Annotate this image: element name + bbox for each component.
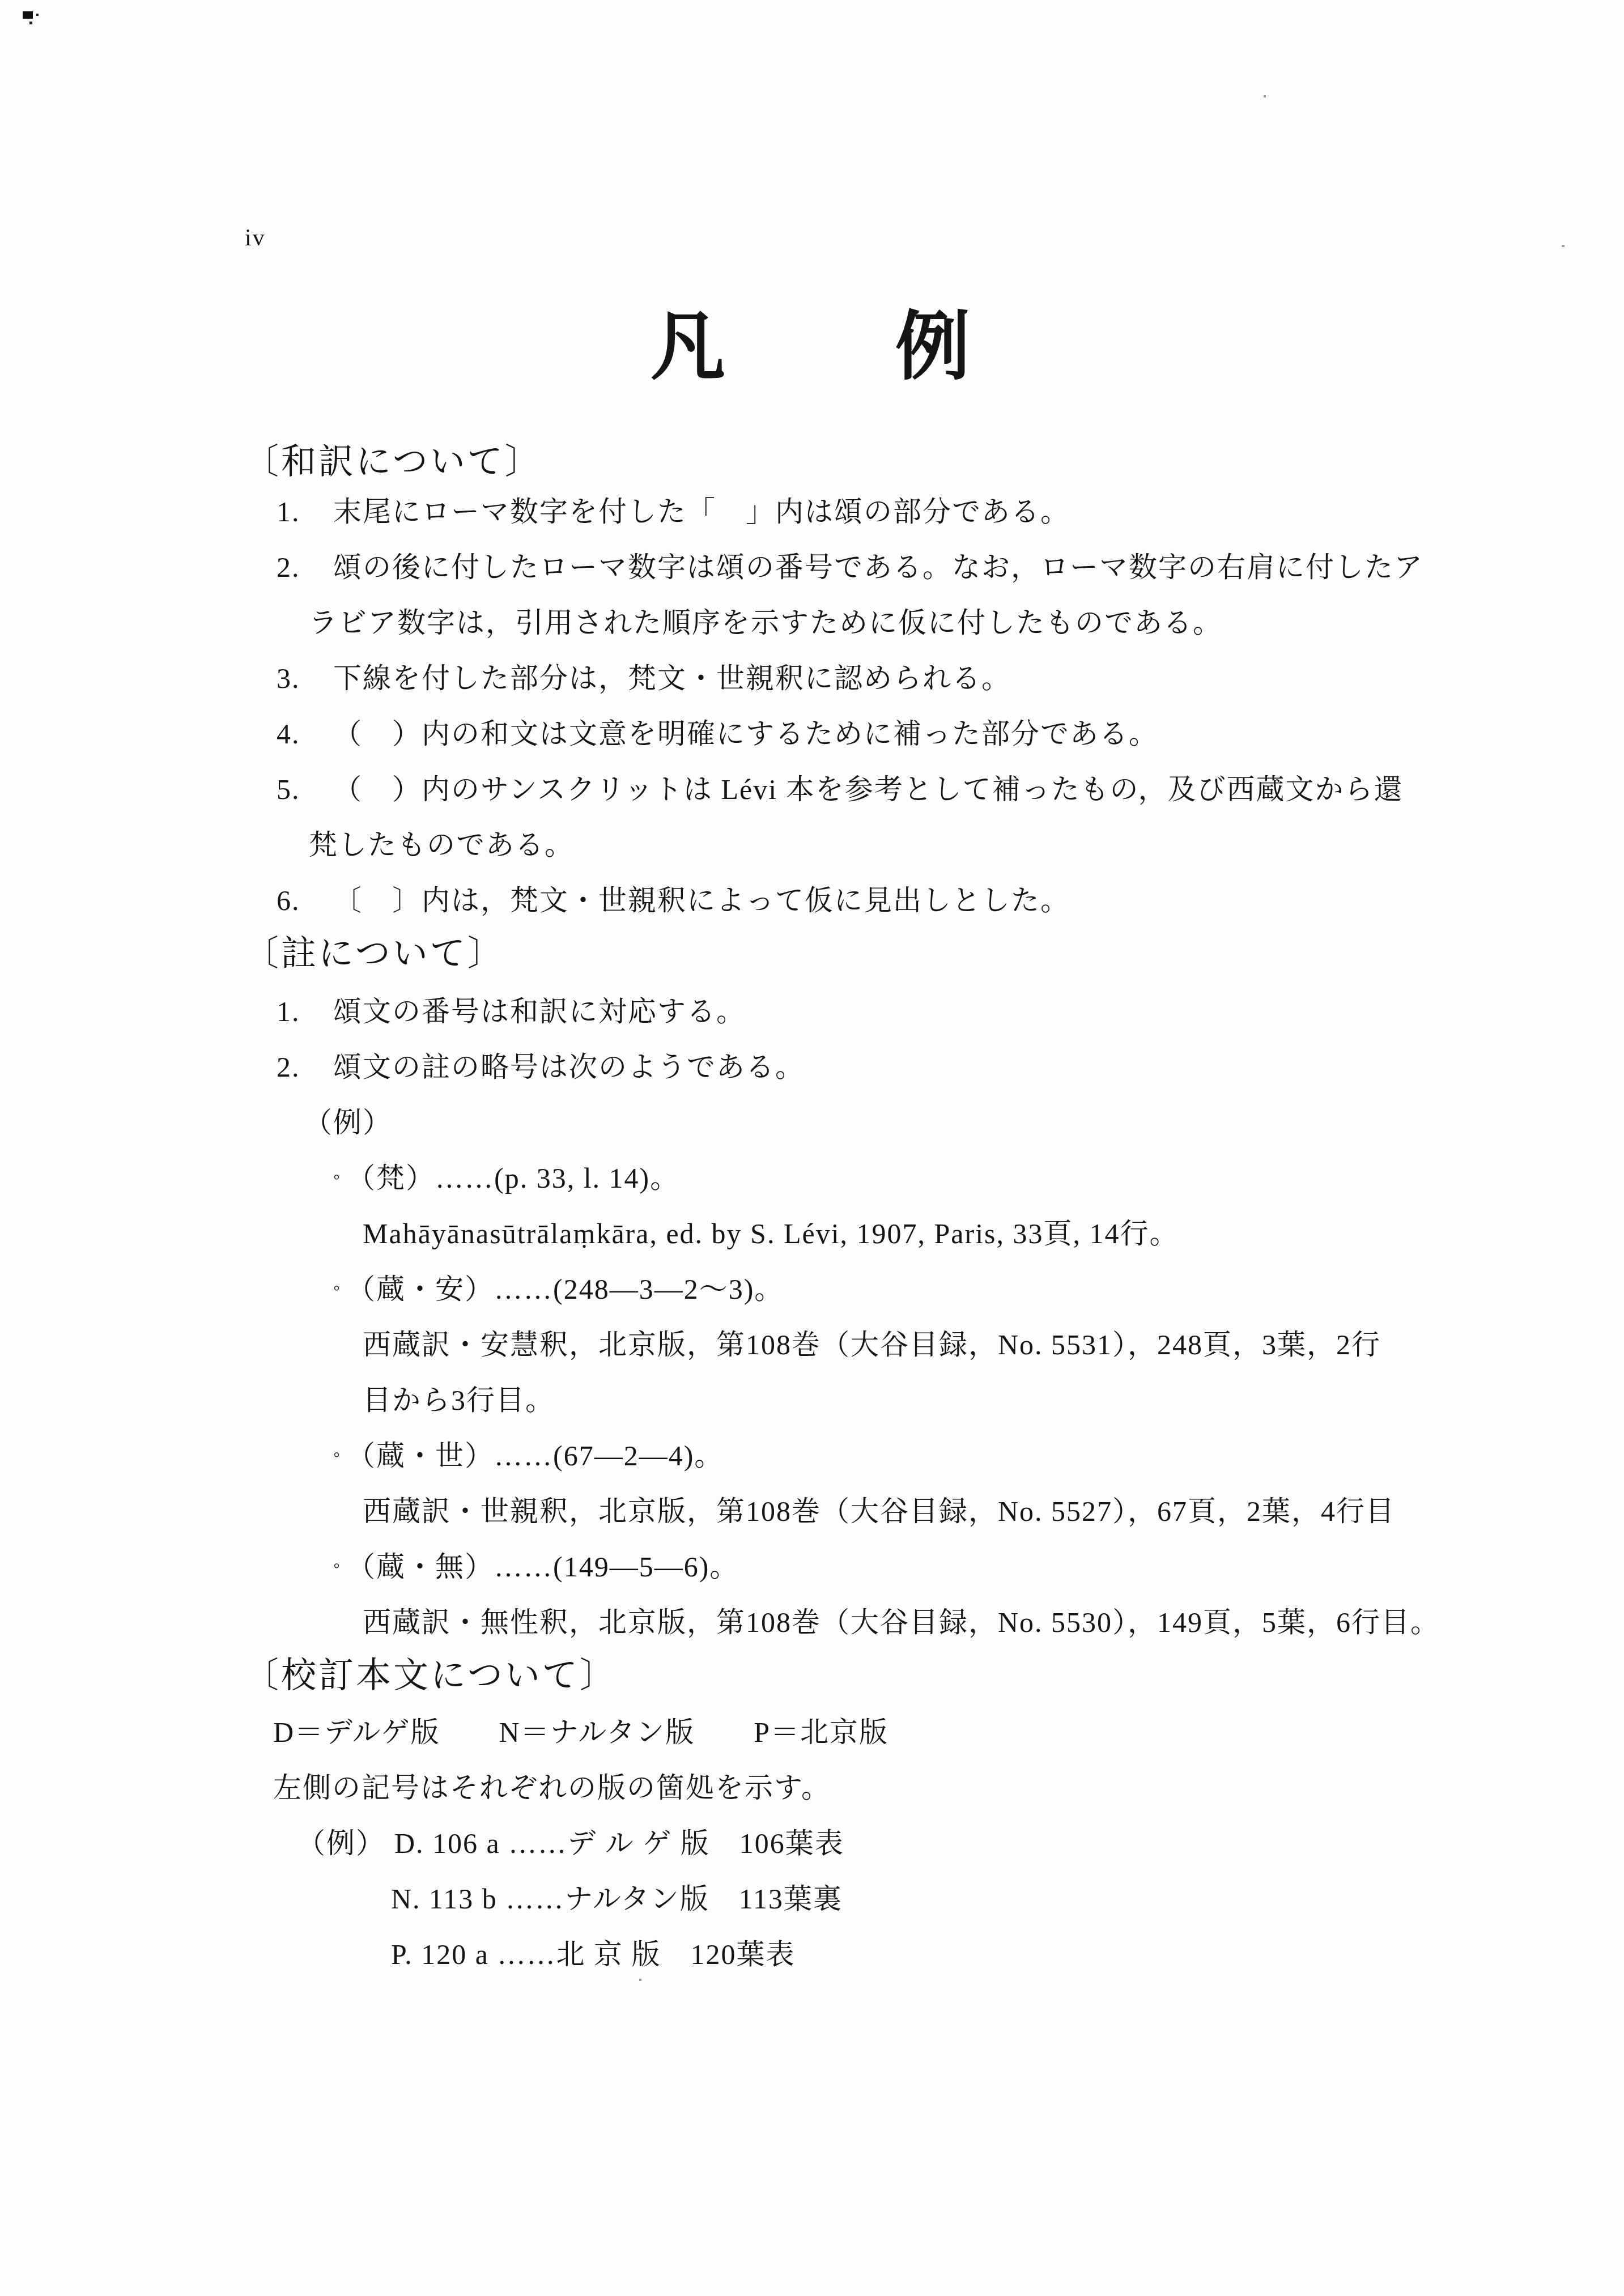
list-item: 2.頌文の註の略号は次のようである。	[277, 1049, 805, 1085]
item-text-wrap: ラビア数字は，引用された順序を示すために仮に付したものである。	[309, 605, 1222, 641]
citation-entry: ◦（蔵・無）……(149—5—6)。	[333, 1549, 739, 1585]
bullet-circle-icon: ◦	[333, 1443, 341, 1468]
item-number: 4.	[277, 716, 333, 752]
item-number: 2.	[277, 1049, 333, 1085]
edition-example: D. 106 a ……デ ル ゲ 版 106葉表	[394, 1827, 844, 1859]
item-number: 5.	[277, 772, 333, 807]
ink-speck	[29, 22, 32, 24]
item-number: 2.	[277, 550, 333, 585]
item-text: （ ）内の和文は文意を明確にするために補った部分である。	[333, 718, 1158, 750]
item-text: 下線を付した部分は，梵文・世親釈に認められる。	[333, 662, 1011, 694]
edition-example: P. 120 a ……北 京 版 120葉表	[391, 1937, 795, 1972]
citation-abbr: （梵）……(p. 33, l. 14)。	[347, 1162, 679, 1194]
bullet-circle-icon: ◦	[333, 1166, 341, 1190]
item-text: （ ）内のサンスクリットは Lévi 本を参考として補ったもの，及び西蔵文から還	[333, 773, 1404, 805]
item-text: 末尾にローマ数字を付した「 」内は頌の部分である。	[333, 496, 1070, 528]
ink-blot-artifact	[23, 11, 33, 19]
list-item: 1.末尾にローマ数字を付した「 」内は頌の部分である。	[277, 494, 1070, 530]
example-label: （例）	[297, 1826, 385, 1861]
list-item: 4.（ ）内の和文は文意を明確にするために補った部分である。	[277, 716, 1158, 752]
item-number: 1.	[277, 494, 333, 530]
item-text: 頌文の註の略号は次のようである。	[333, 1051, 805, 1083]
section-heading-wayaku: 〔和訳について〕	[244, 441, 542, 485]
bullet-circle-icon: ◦	[333, 1554, 341, 1579]
item-number: 3.	[277, 661, 333, 696]
edition-example-row: （例）D. 106 a ……デ ル ゲ 版 106葉表	[297, 1826, 844, 1861]
citation-entry: ◦（梵）……(p. 33, l. 14)。	[333, 1160, 679, 1196]
citation-abbr: （蔵・安）……(248—3—2～3)。	[347, 1273, 784, 1305]
citation-detail: 目から3行目。	[363, 1383, 555, 1418]
bullet-circle-icon: ◦	[333, 1277, 341, 1301]
scanned-document-page: iv 凡例 〔和訳について〕 1.末尾にローマ数字を付した「 」内は頌の部分であ…	[0, 0, 1624, 2296]
scan-speck	[639, 1979, 641, 1981]
citation-abbr: （蔵・世）……(67—2—4)。	[347, 1440, 724, 1472]
citation-entry: ◦（蔵・安）……(248—3—2～3)。	[333, 1272, 784, 1307]
item-text: 頌文の番号は和訳に対応する。	[333, 996, 746, 1027]
item-text-wrap: 梵したものである。	[309, 827, 574, 863]
scan-speck	[1264, 95, 1266, 97]
item-number: 6.	[277, 883, 333, 919]
citation-detail: Mahāyānasūtrālaṃkāra, ed. by S. Lévi, 19…	[363, 1216, 1179, 1252]
citation-detail: 西蔵訳・無性釈，北京版，第108巻（大谷目録，No. 5530），149頁，5葉…	[363, 1605, 1440, 1640]
list-item: 2.頌の後に付したローマ数字は頌の番号である。なお，ローマ数字の右肩に付したア	[277, 550, 1423, 585]
item-text: 〔 〕内は，梵文・世親釈によって仮に見出しとした。	[333, 885, 1070, 916]
citation-entry: ◦（蔵・世）……(67—2—4)。	[333, 1438, 724, 1474]
example-label: （例）	[304, 1105, 392, 1141]
list-item: 5.（ ）内のサンスクリットは Lévi 本を参考として補ったもの，及び西蔵文か…	[277, 772, 1404, 807]
edition-key: D＝デルゲ版 N＝ナルタン版 P＝北京版	[273, 1715, 888, 1750]
section-heading-kotei: 〔校訂本文について〕	[244, 1655, 617, 1699]
ink-speck	[36, 14, 39, 16]
page-title: 凡例	[651, 286, 1140, 394]
item-text: 頌の後に付したローマ数字は頌の番号である。なお，ローマ数字の右肩に付したア	[333, 551, 1423, 583]
list-item: 3.下線を付した部分は，梵文・世親釈に認められる。	[277, 661, 1011, 696]
section-heading-chu: 〔註について〕	[244, 933, 505, 977]
citation-abbr: （蔵・無）……(149—5—6)。	[347, 1551, 739, 1583]
citation-detail: 西蔵訳・世親釈，北京版，第108巻（大谷目録，No. 5527），67頁，2葉，…	[363, 1494, 1395, 1529]
list-item: 6.〔 〕内は，梵文・世親釈によって仮に見出しとした。	[277, 883, 1070, 919]
edition-example: N. 113 b ……ナルタン版 113葉裏	[391, 1881, 843, 1917]
citation-detail: 西蔵訳・安慧釈，北京版，第108巻（大谷目録，No. 5531），248頁，3葉…	[363, 1327, 1381, 1363]
scan-speck	[1562, 245, 1565, 247]
page-number: iv	[245, 224, 266, 252]
list-item: 1.頌文の番号は和訳に対応する。	[277, 994, 746, 1030]
edition-note: 左側の記号はそれぞれの版の箇処を示す。	[273, 1770, 831, 1806]
item-number: 1.	[277, 994, 333, 1030]
